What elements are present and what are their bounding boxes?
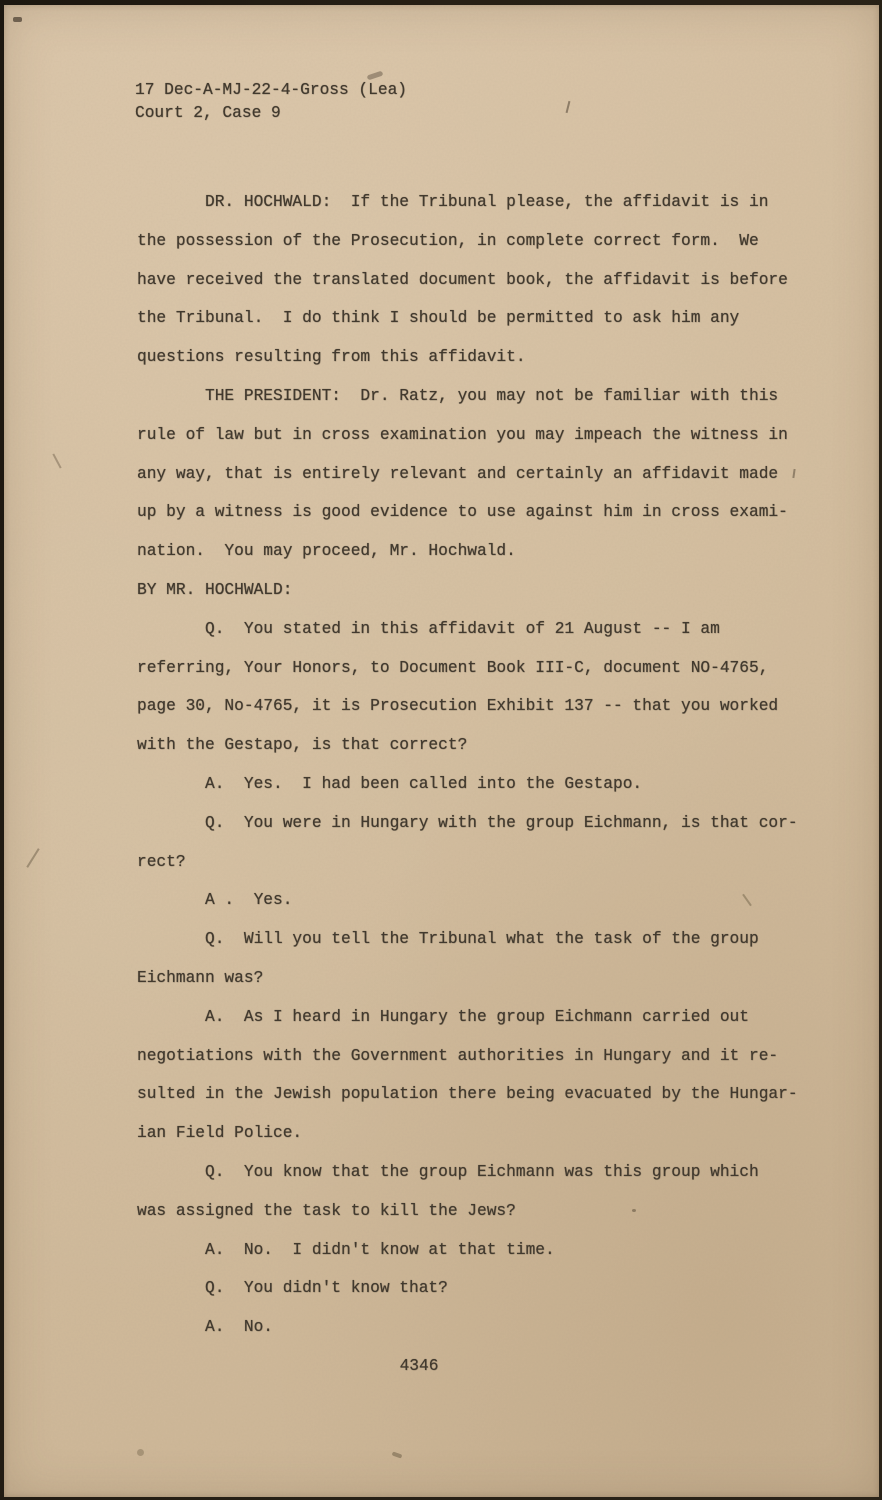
transcript-line: A. No. <box>137 1308 837 1347</box>
transcript-line: DR. HOCHWALD: If the Tribunal please, th… <box>137 183 837 222</box>
document-header: 17 Dec-A-MJ-22-4-Gross (Lea) Court 2, Ca… <box>135 79 407 125</box>
transcript-line: Eichmann was? <box>137 959 837 998</box>
transcript-line: page 30, No-4765, it is Prosecution Exhi… <box>137 687 837 726</box>
transcript-line: up by a witness is good evidence to use … <box>137 493 837 532</box>
transcript-line: rect? <box>137 843 837 882</box>
paper-speck <box>392 1451 403 1458</box>
transcript-line: have received the translated document bo… <box>137 261 837 300</box>
transcript-line: sulted in the Jewish population there be… <box>137 1075 837 1114</box>
transcript-line: the possession of the Prosecution, in co… <box>137 222 837 261</box>
transcript-line: Q. You stated in this affidavit of 21 Au… <box>137 610 837 649</box>
transcript-line: questions resulting from this affidavit. <box>137 338 837 377</box>
paper-speck <box>26 848 39 868</box>
transcript-line: Q. You didn't know that? <box>137 1269 837 1308</box>
transcript-line: negotiations with the Government authori… <box>137 1037 837 1076</box>
transcript-line: rule of law but in cross examination you… <box>137 416 837 455</box>
transcript-line: with the Gestapo, is that correct? <box>137 726 837 765</box>
transcript-line: Q. Will you tell the Tribunal what the t… <box>137 920 837 959</box>
paper-speck <box>566 101 571 113</box>
scanned-transcript-screenshot: { "page": { "header_line1": "17 Dec-A-MJ… <box>0 0 882 1500</box>
transcript-line: THE PRESIDENT: Dr. Ratz, you may not be … <box>137 377 837 416</box>
transcript-line: Q. You were in Hungary with the group Ei… <box>137 804 837 843</box>
transcript-line: A. Yes. I had been called into the Gesta… <box>137 765 837 804</box>
header-reference-line: 17 Dec-A-MJ-22-4-Gross (Lea) <box>135 79 407 102</box>
page-number: 4346 <box>109 1347 729 1386</box>
transcript-line: nation. You may proceed, Mr. Hochwald. <box>137 532 837 571</box>
transcript-line: BY MR. HOCHWALD: <box>137 571 837 610</box>
paper-speck <box>13 17 22 22</box>
header-court-case-line: Court 2, Case 9 <box>135 102 407 125</box>
transcript-body: DR. HOCHWALD: If the Tribunal please, th… <box>137 183 837 1386</box>
transcript-line: was assigned the task to kill the Jews? <box>137 1192 837 1231</box>
transcript-line: ian Field Police. <box>137 1114 837 1153</box>
document-page: 17 Dec-A-MJ-22-4-Gross (Lea) Court 2, Ca… <box>4 5 879 1497</box>
transcript-line: any way, that is entirely relevant and c… <box>137 455 837 494</box>
transcript-line: A. As I heard in Hungary the group Eichm… <box>137 998 837 1037</box>
transcript-line: referring, Your Honors, to Document Book… <box>137 649 837 688</box>
transcript-line: A. No. I didn't know at that time. <box>137 1231 837 1270</box>
transcript-line: Q. You know that the group Eichmann was … <box>137 1153 837 1192</box>
transcript-line: A . Yes. <box>137 881 837 920</box>
paper-speck <box>52 453 61 468</box>
transcript-line: the Tribunal. I do think I should be per… <box>137 299 837 338</box>
paper-speck <box>137 1449 144 1456</box>
